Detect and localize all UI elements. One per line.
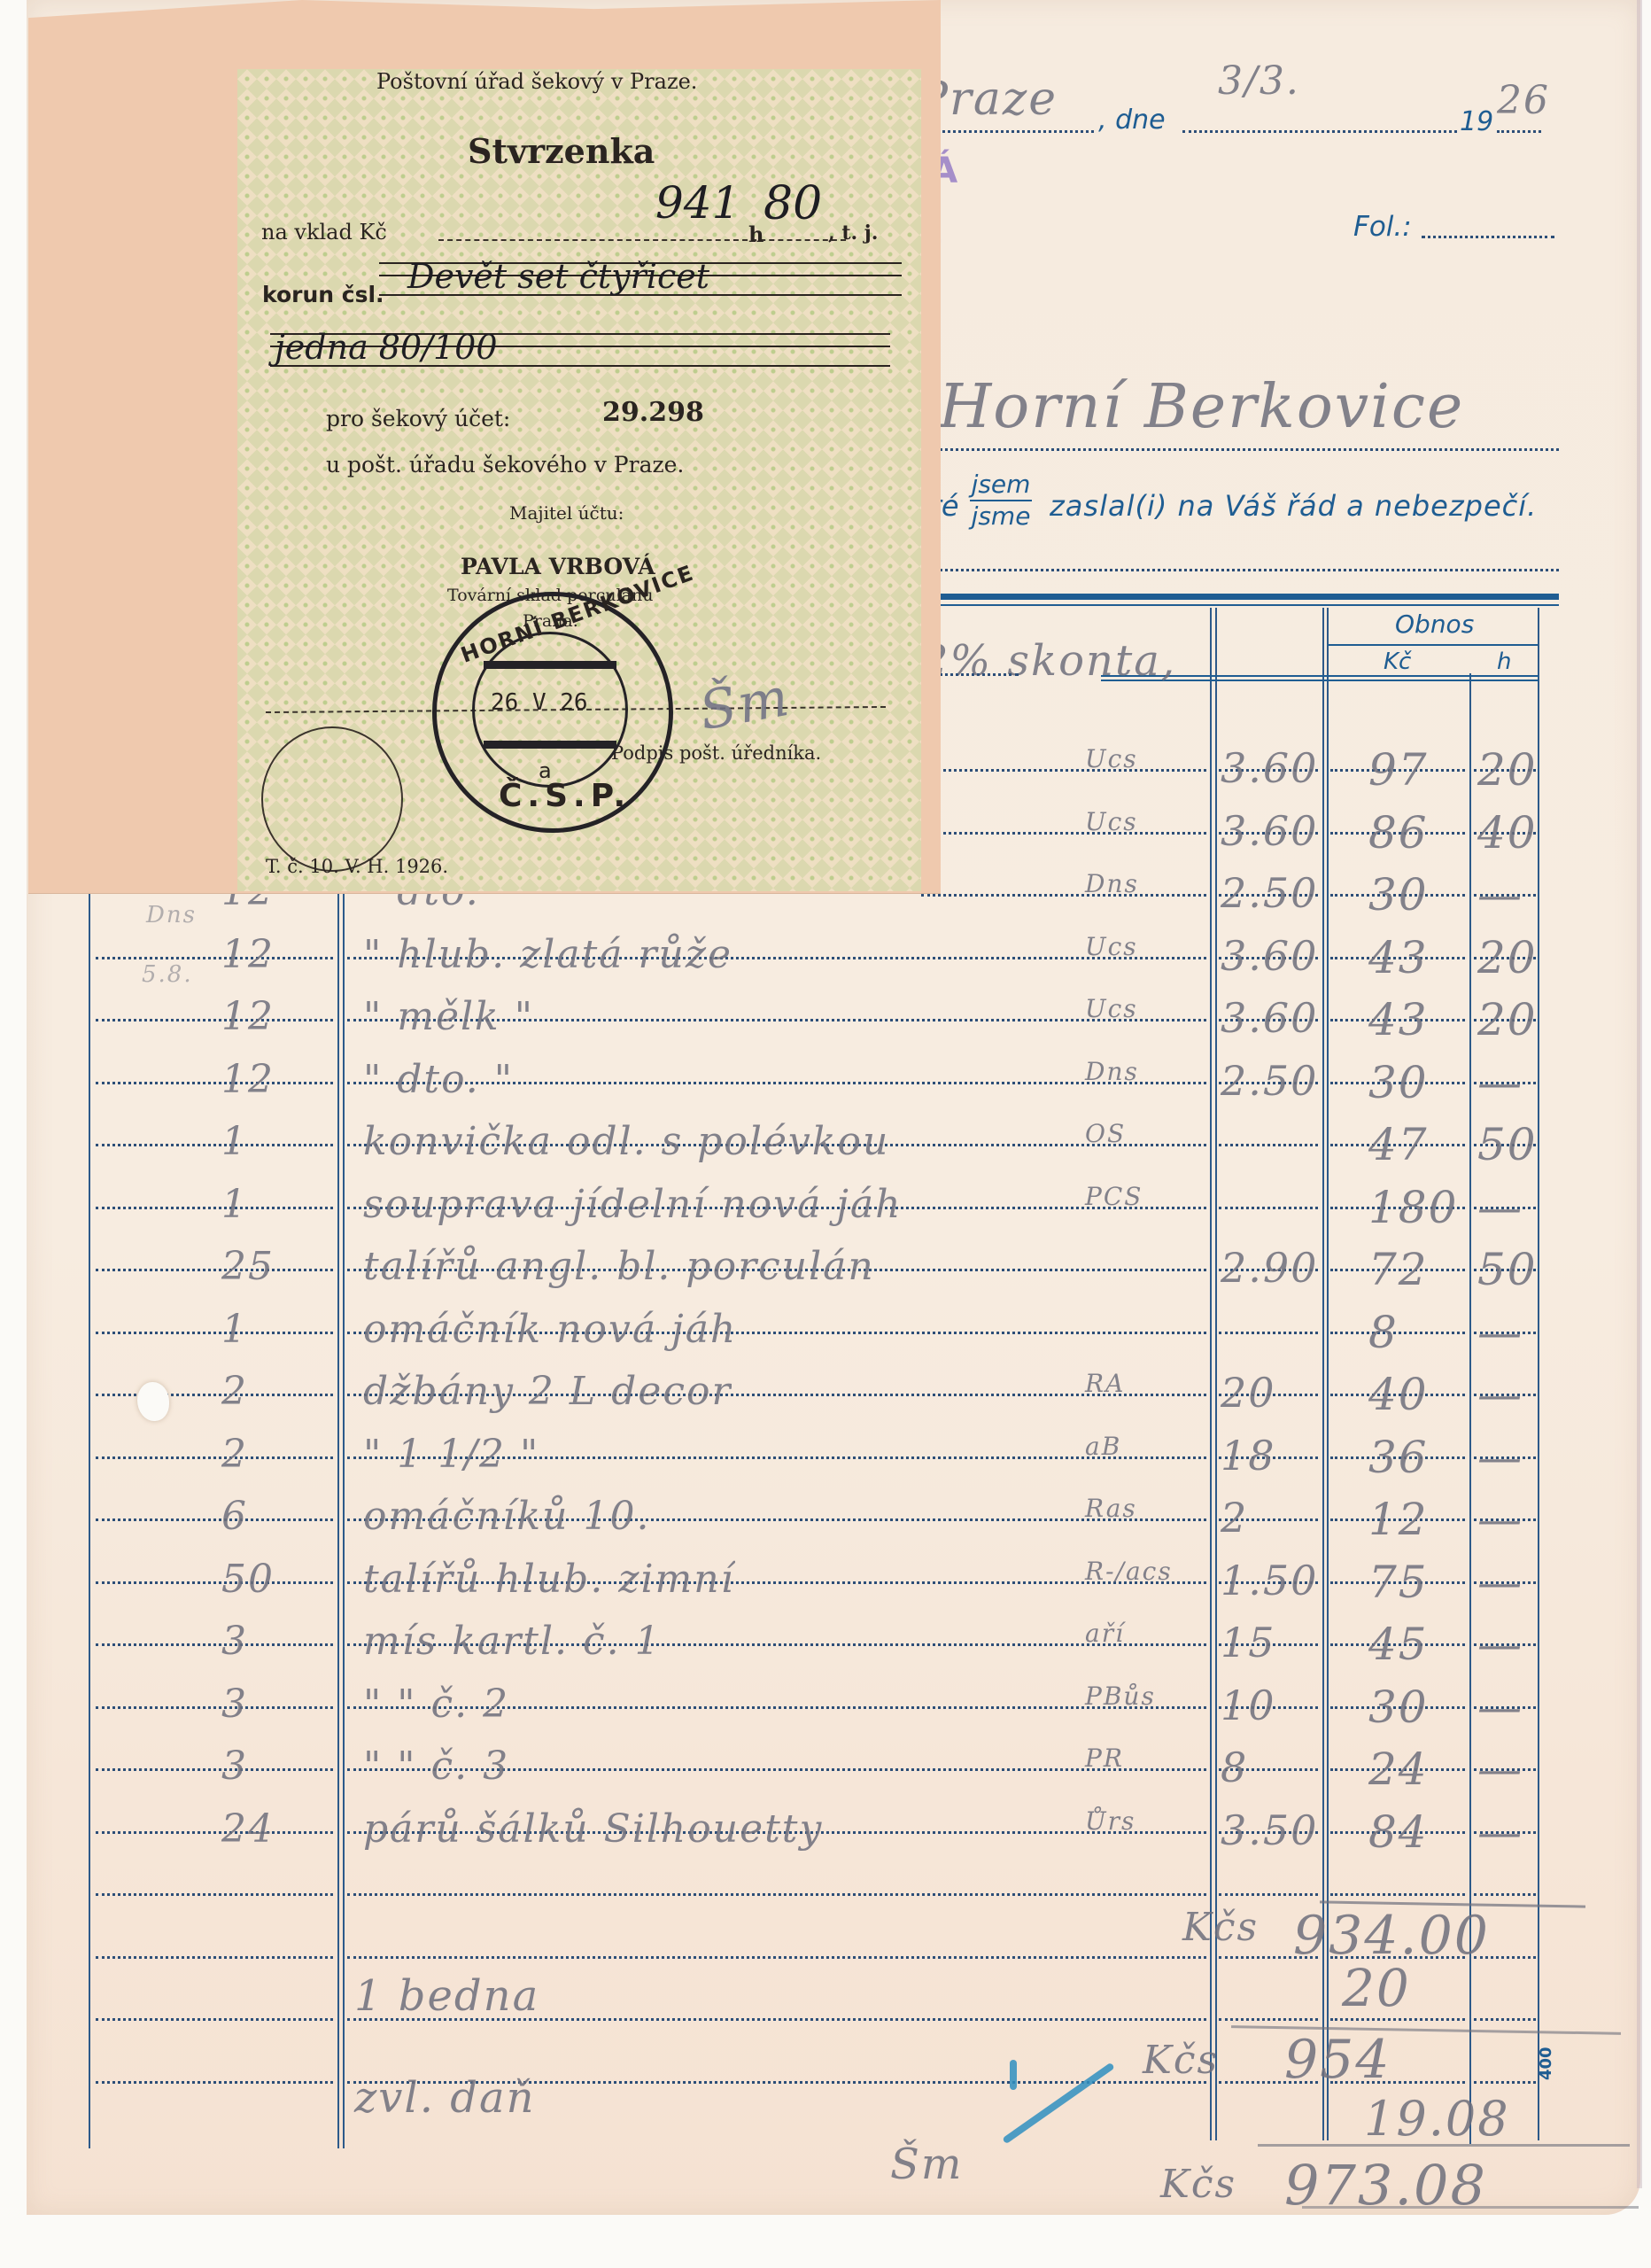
row-qty: 1 xyxy=(221,1119,248,1164)
row-amount-h: 20 xyxy=(1477,932,1538,983)
row-code: Ucs xyxy=(1085,932,1138,961)
row-amount-kc: 36 xyxy=(1368,1432,1429,1483)
punch-hole-2 xyxy=(137,1382,169,1421)
row-rule xyxy=(1219,1893,1318,1896)
row-amount-h: 20 xyxy=(1477,744,1538,796)
row-amount-kc: 72 xyxy=(1368,1244,1429,1295)
row-unit-price: 2.90 xyxy=(1221,1244,1318,1292)
row-unit-price: 10 xyxy=(1221,1682,1276,1729)
row-qty: 6 xyxy=(221,1494,248,1539)
row-description: mís kartl. č. 1 xyxy=(363,1619,662,1664)
row-qty: 12 xyxy=(221,1057,275,1102)
sent-fraction: jsem jsme xyxy=(970,470,1032,532)
deposit-label: na vklad Kč xyxy=(261,220,387,245)
row-unit-price: 15 xyxy=(1221,1619,1276,1666)
row-rule xyxy=(1219,2018,1318,2021)
row-amount-kc: 43 xyxy=(1368,994,1429,1045)
row-amount-h: — xyxy=(1477,869,1523,920)
row-qty: 3 xyxy=(221,1682,248,1727)
row-code: aří xyxy=(1085,1619,1125,1648)
row-rule xyxy=(96,1768,333,1771)
grand-total-label: Kčs xyxy=(1160,2162,1236,2207)
row-rule xyxy=(96,957,333,959)
row-rule xyxy=(96,1207,333,1209)
header-kc: Kč xyxy=(1384,649,1411,675)
row-qty: 24 xyxy=(221,1806,275,1852)
row-code: Ucs xyxy=(1085,994,1138,1023)
row-rule xyxy=(921,894,1206,897)
grand-total-rule xyxy=(1258,2144,1630,2147)
margin-note-2: 5.8. xyxy=(142,961,193,988)
row-description: omáčníků 10. xyxy=(363,1494,650,1539)
recipient-line xyxy=(912,448,1559,451)
total1-label: Kčs xyxy=(1143,2038,1219,2083)
row-qty: 2 xyxy=(221,1432,248,1477)
row-description: " dto. " xyxy=(363,1057,514,1102)
row-rule xyxy=(96,1518,333,1521)
postmark-date: 26 V 26 xyxy=(491,689,588,716)
folio-line xyxy=(1422,236,1554,238)
row-amount-kc: 75 xyxy=(1368,1557,1429,1608)
row-amount-kc: 45 xyxy=(1368,1619,1429,1670)
receipt-title: Stvrzenka xyxy=(468,131,655,171)
postmark: 26 V 26 a HORNÍ BERKOVICE Č.S.P. xyxy=(432,592,673,833)
signature-initials: Šm xyxy=(890,2140,963,2189)
row-amount-h: 50 xyxy=(1477,1244,1538,1295)
row-rule xyxy=(96,1706,333,1709)
row-rule xyxy=(921,769,1206,772)
row-rule xyxy=(347,1893,1206,1896)
date-label: , dne xyxy=(1098,105,1166,136)
account-label: pro šekový účet: xyxy=(326,406,510,431)
row-amount-kc: 30 xyxy=(1368,1057,1429,1108)
blue-tick xyxy=(1010,2060,1017,2090)
deposit-line xyxy=(438,239,846,241)
row-amount-h: — xyxy=(1477,1619,1523,1670)
row-rule xyxy=(347,1956,1206,1959)
folio-label: Fol.: xyxy=(1353,211,1412,243)
year-line xyxy=(1497,130,1541,133)
row-code: PBůs xyxy=(1085,1682,1156,1711)
tax-label: zvl. daň xyxy=(354,2073,536,2123)
packing-amount: 20 xyxy=(1342,1958,1411,2018)
row-amount-kc: 30 xyxy=(1368,1682,1429,1733)
year-suffix: 26 xyxy=(1497,78,1550,123)
row-rule xyxy=(96,1456,333,1459)
margin-note-1: Dns xyxy=(146,902,197,928)
row-unit-price: 3.60 xyxy=(1221,807,1318,855)
row-unit-price: 2.50 xyxy=(1221,869,1318,917)
row-amount-h: — xyxy=(1477,1557,1523,1608)
row-unit-price: 1.50 xyxy=(1221,1557,1318,1604)
deposit-amount-kc: 941 xyxy=(655,177,740,229)
header-h: h xyxy=(1497,649,1511,675)
row-description: souprava jídelní nová jáh xyxy=(363,1182,902,1227)
row-rule xyxy=(96,1956,333,1959)
row-rule xyxy=(96,1581,333,1584)
row-amount-kc: 24 xyxy=(1368,1744,1429,1795)
row-unit-price: 18 xyxy=(1221,1432,1276,1480)
row-amount-kc: 180 xyxy=(1368,1182,1458,1233)
row-amount-kc: 47 xyxy=(1368,1119,1429,1170)
row-amount-kc: 97 xyxy=(1368,744,1429,796)
row-rule xyxy=(96,1019,333,1021)
row-unit-price: 2 xyxy=(1221,1494,1248,1542)
row-code: Ucs xyxy=(1085,807,1138,836)
row-rule xyxy=(921,832,1206,835)
row-amount-h: 20 xyxy=(1477,994,1538,1045)
korun-label: korun čsl. xyxy=(262,282,384,307)
row-qty: 25 xyxy=(221,1244,275,1289)
form-code: T. č. 10. V. H. 1926. xyxy=(266,856,448,877)
row-amount-h: — xyxy=(1477,1494,1523,1545)
row-amount-h: — xyxy=(1477,1369,1523,1420)
subtotal-label: Kčs xyxy=(1182,1905,1259,1950)
row-rule xyxy=(96,1643,333,1646)
row-qty: 3 xyxy=(221,1619,248,1664)
row-rule xyxy=(96,1831,333,1834)
row-amount-h: — xyxy=(1477,1682,1523,1733)
row-description: párů šálků Silhouetty xyxy=(363,1806,823,1852)
row-description: " mělk " xyxy=(363,994,534,1039)
row-description: talířů angl. bl. porculán xyxy=(363,1244,875,1289)
total1-amount: 954 xyxy=(1284,2029,1391,2091)
discount-note: 2% skonta, xyxy=(921,636,1176,686)
row-rule xyxy=(1219,1144,1318,1146)
row-rule xyxy=(96,1394,333,1396)
row-code: Dns xyxy=(1085,1057,1139,1086)
row-qty: 1 xyxy=(221,1307,248,1352)
row-rule xyxy=(96,1893,333,1896)
grand-total-underline xyxy=(1302,2206,1639,2209)
column-line-left xyxy=(89,890,90,2148)
place-line xyxy=(926,130,1094,133)
row-rule xyxy=(1219,1332,1318,1334)
row-code: RA xyxy=(1085,1369,1125,1398)
row-code: Ůrs xyxy=(1085,1806,1136,1836)
row-qty: 50 xyxy=(221,1557,275,1602)
amount-words-1: Devět set čtyřicet xyxy=(407,257,709,296)
header-divider xyxy=(1327,644,1538,646)
row-rule xyxy=(1474,1893,1536,1896)
row-unit-price: 3.60 xyxy=(1221,994,1318,1042)
row-rule xyxy=(96,1332,333,1334)
page-edge xyxy=(1637,0,1642,2188)
year-prefix: 19 xyxy=(1460,106,1493,137)
row-code: Ras xyxy=(1085,1494,1137,1523)
sent-text: zaslal(i) na Váš řád a nebezpečí. xyxy=(1050,489,1537,523)
row-code: PCS xyxy=(1085,1182,1143,1211)
owner-name: PAVLA VRBOVÁ xyxy=(461,554,655,579)
stamp-placeholder-circle xyxy=(261,726,403,872)
row-unit-price: 8 xyxy=(1221,1744,1248,1791)
row-unit-price: 3.60 xyxy=(1221,932,1318,980)
packing-label: 1 bedna xyxy=(354,1971,539,2021)
row-rule xyxy=(96,1082,333,1084)
row-unit-price: 3.60 xyxy=(1221,744,1318,792)
row-amount-kc: 43 xyxy=(1368,932,1429,983)
row-rule xyxy=(96,1269,333,1271)
account-number: 29.298 xyxy=(602,397,704,428)
row-amount-h: — xyxy=(1477,1182,1523,1233)
date-line xyxy=(1182,130,1457,133)
table-top-rule xyxy=(912,594,1559,600)
row-description: " hlub. zlatá růže xyxy=(363,932,732,977)
column-line-qty xyxy=(337,890,339,2148)
address-line-2 xyxy=(912,569,1559,571)
owner-label: Majitel účtu: xyxy=(509,502,624,524)
row-code: OS xyxy=(1085,1119,1126,1148)
office-line: u pošt. úřadu šekového v Praze. xyxy=(326,452,684,478)
postmark-country: Č.S.P. xyxy=(499,778,631,814)
form-number: 400 xyxy=(1537,2047,1555,2080)
row-unit-price: 20 xyxy=(1221,1369,1276,1417)
row-amount-h: — xyxy=(1477,1432,1523,1483)
row-amount-h: — xyxy=(1477,1744,1523,1795)
header-amount: Obnos xyxy=(1395,610,1474,639)
row-amount-kc: 8 xyxy=(1368,1307,1399,1358)
row-amount-kc: 86 xyxy=(1368,807,1429,858)
row-amount-kc: 84 xyxy=(1368,1806,1429,1858)
row-description: konvička odl. s polévkou xyxy=(363,1119,889,1164)
row-code: Ucs xyxy=(1085,744,1138,773)
tj-label: , t. j. xyxy=(828,221,878,245)
row-amount-kc: 30 xyxy=(1368,869,1429,920)
row-amount-kc: 12 xyxy=(1368,1494,1429,1545)
date-handwritten: 3/3. xyxy=(1218,58,1300,104)
recipient-handwritten: Horní Berkovice xyxy=(939,372,1464,442)
heller-label: h xyxy=(748,221,763,247)
row-description: " 1 1/2 " xyxy=(363,1432,539,1477)
row-qty: 1 xyxy=(221,1182,248,1227)
row-code: PR xyxy=(1085,1744,1124,1773)
column-line-qty-2 xyxy=(343,890,345,2148)
row-amount-h: 40 xyxy=(1477,807,1538,858)
table-top-rule-thin xyxy=(912,604,1559,606)
row-qty: 2 xyxy=(221,1369,248,1414)
amount-words-2: jedna 80/100 xyxy=(275,328,498,367)
row-code: R-/acs xyxy=(1085,1557,1173,1586)
row-description: omáčník nová jáh xyxy=(363,1307,737,1352)
row-amount-h: — xyxy=(1477,1307,1523,1358)
tax-amount: 19.08 xyxy=(1364,2091,1510,2147)
row-unit-price: 2.50 xyxy=(1221,1057,1318,1105)
receipt-header: Poštovní úřad šekový v Praze. xyxy=(376,69,697,94)
row-rule xyxy=(96,2081,333,2084)
row-qty: 3 xyxy=(221,1744,248,1789)
row-rule xyxy=(96,2018,333,2021)
row-amount-kc: 40 xyxy=(1368,1369,1429,1420)
row-description: talířů hlub. zimní xyxy=(363,1557,735,1602)
row-qty: 12 xyxy=(221,994,275,1039)
row-rule xyxy=(96,1144,333,1146)
row-rule xyxy=(1330,1893,1465,1896)
row-amount-h: — xyxy=(1477,1806,1523,1858)
row-code: aB xyxy=(1085,1432,1121,1461)
row-description: džbány 2 L decor xyxy=(363,1369,732,1414)
row-description: " " č. 3 xyxy=(363,1744,509,1789)
row-rule xyxy=(1474,2081,1536,2084)
deposit-amount-h: 80 xyxy=(763,177,822,230)
row-amount-h: 50 xyxy=(1477,1119,1538,1170)
row-description: " " č. 2 xyxy=(363,1682,509,1727)
row-unit-price: 3.50 xyxy=(1221,1806,1318,1854)
row-amount-h: — xyxy=(1477,1057,1523,1108)
row-rule xyxy=(1330,2018,1465,2021)
column-line-right xyxy=(1538,608,1539,2140)
row-code: Dns xyxy=(1085,869,1139,898)
row-rule xyxy=(1474,2018,1536,2021)
row-rule xyxy=(1219,1207,1318,1209)
row-qty: 12 xyxy=(221,932,275,977)
